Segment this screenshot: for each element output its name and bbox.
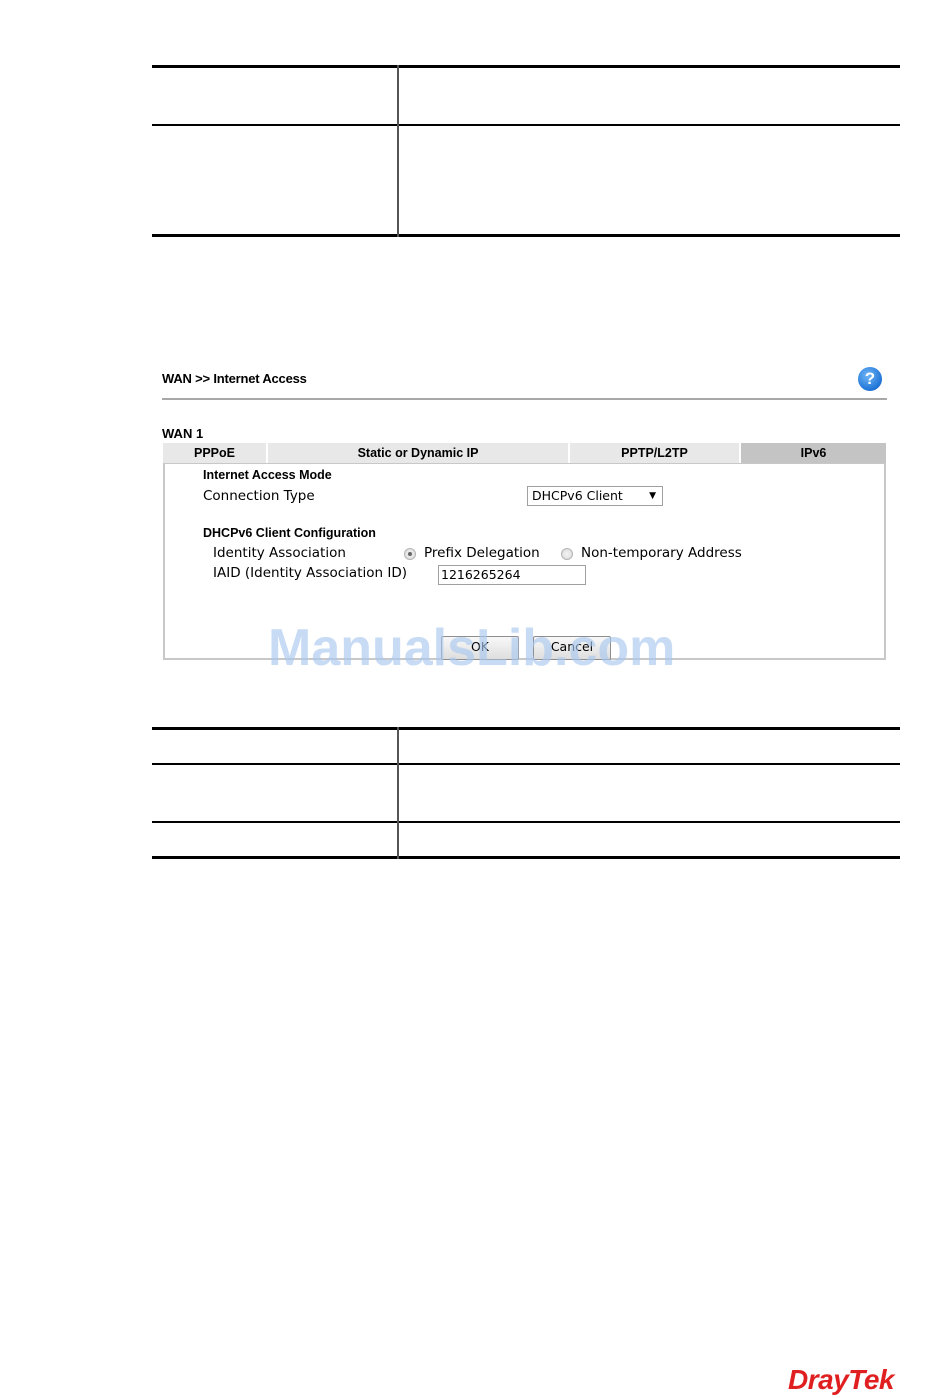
prefix-delegation-label: Prefix Delegation (424, 545, 540, 561)
chevron-down-icon: ▼ (649, 487, 656, 505)
watermark: ManualsLib.com (268, 618, 675, 678)
tab-pppoe[interactable]: PPPoE (163, 443, 268, 463)
iaid-label: IAID (Identity Association ID) (213, 565, 407, 581)
dhcpv6-config-heading: DHCPv6 Client Configuration (203, 526, 376, 540)
radio-non-temporary-address[interactable] (561, 548, 573, 560)
table-rule (152, 234, 900, 237)
table-rule (152, 821, 900, 823)
column-divider (397, 65, 399, 237)
table-rule (152, 856, 900, 859)
tab-bar: PPPoE Static or Dynamic IP PPTP/L2TP IPv… (163, 443, 886, 463)
table-rule (152, 65, 900, 68)
connection-type-select[interactable]: DHCPv6 Client ▼ (527, 486, 663, 506)
table-rule (152, 727, 900, 730)
wan-label: WAN 1 (162, 426, 203, 441)
description-table-bottom (152, 727, 900, 860)
internet-access-mode-heading: Internet Access Mode (203, 468, 332, 482)
iaid-input[interactable]: 1216265264 (438, 565, 586, 585)
column-divider (397, 727, 399, 859)
breadcrumb: WAN >> Internet Access (162, 371, 307, 386)
help-icon[interactable]: ? (858, 367, 882, 391)
table-rule (152, 124, 900, 126)
description-table-top (152, 65, 900, 238)
identity-association-label: Identity Association (213, 545, 346, 561)
divider (162, 398, 887, 400)
draytek-logo: DrayTek (788, 1364, 894, 1396)
tab-static-dynamic-ip[interactable]: Static or Dynamic IP (268, 443, 570, 463)
connection-type-value: DHCPv6 Client (532, 488, 623, 503)
tab-pptp-l2tp[interactable]: PPTP/L2TP (570, 443, 741, 463)
connection-type-label: Connection Type (203, 488, 315, 504)
non-temporary-address-label: Non-temporary Address (581, 545, 742, 561)
tab-ipv6[interactable]: IPv6 (741, 443, 886, 463)
radio-prefix-delegation[interactable] (404, 548, 416, 560)
table-rule (152, 763, 900, 765)
